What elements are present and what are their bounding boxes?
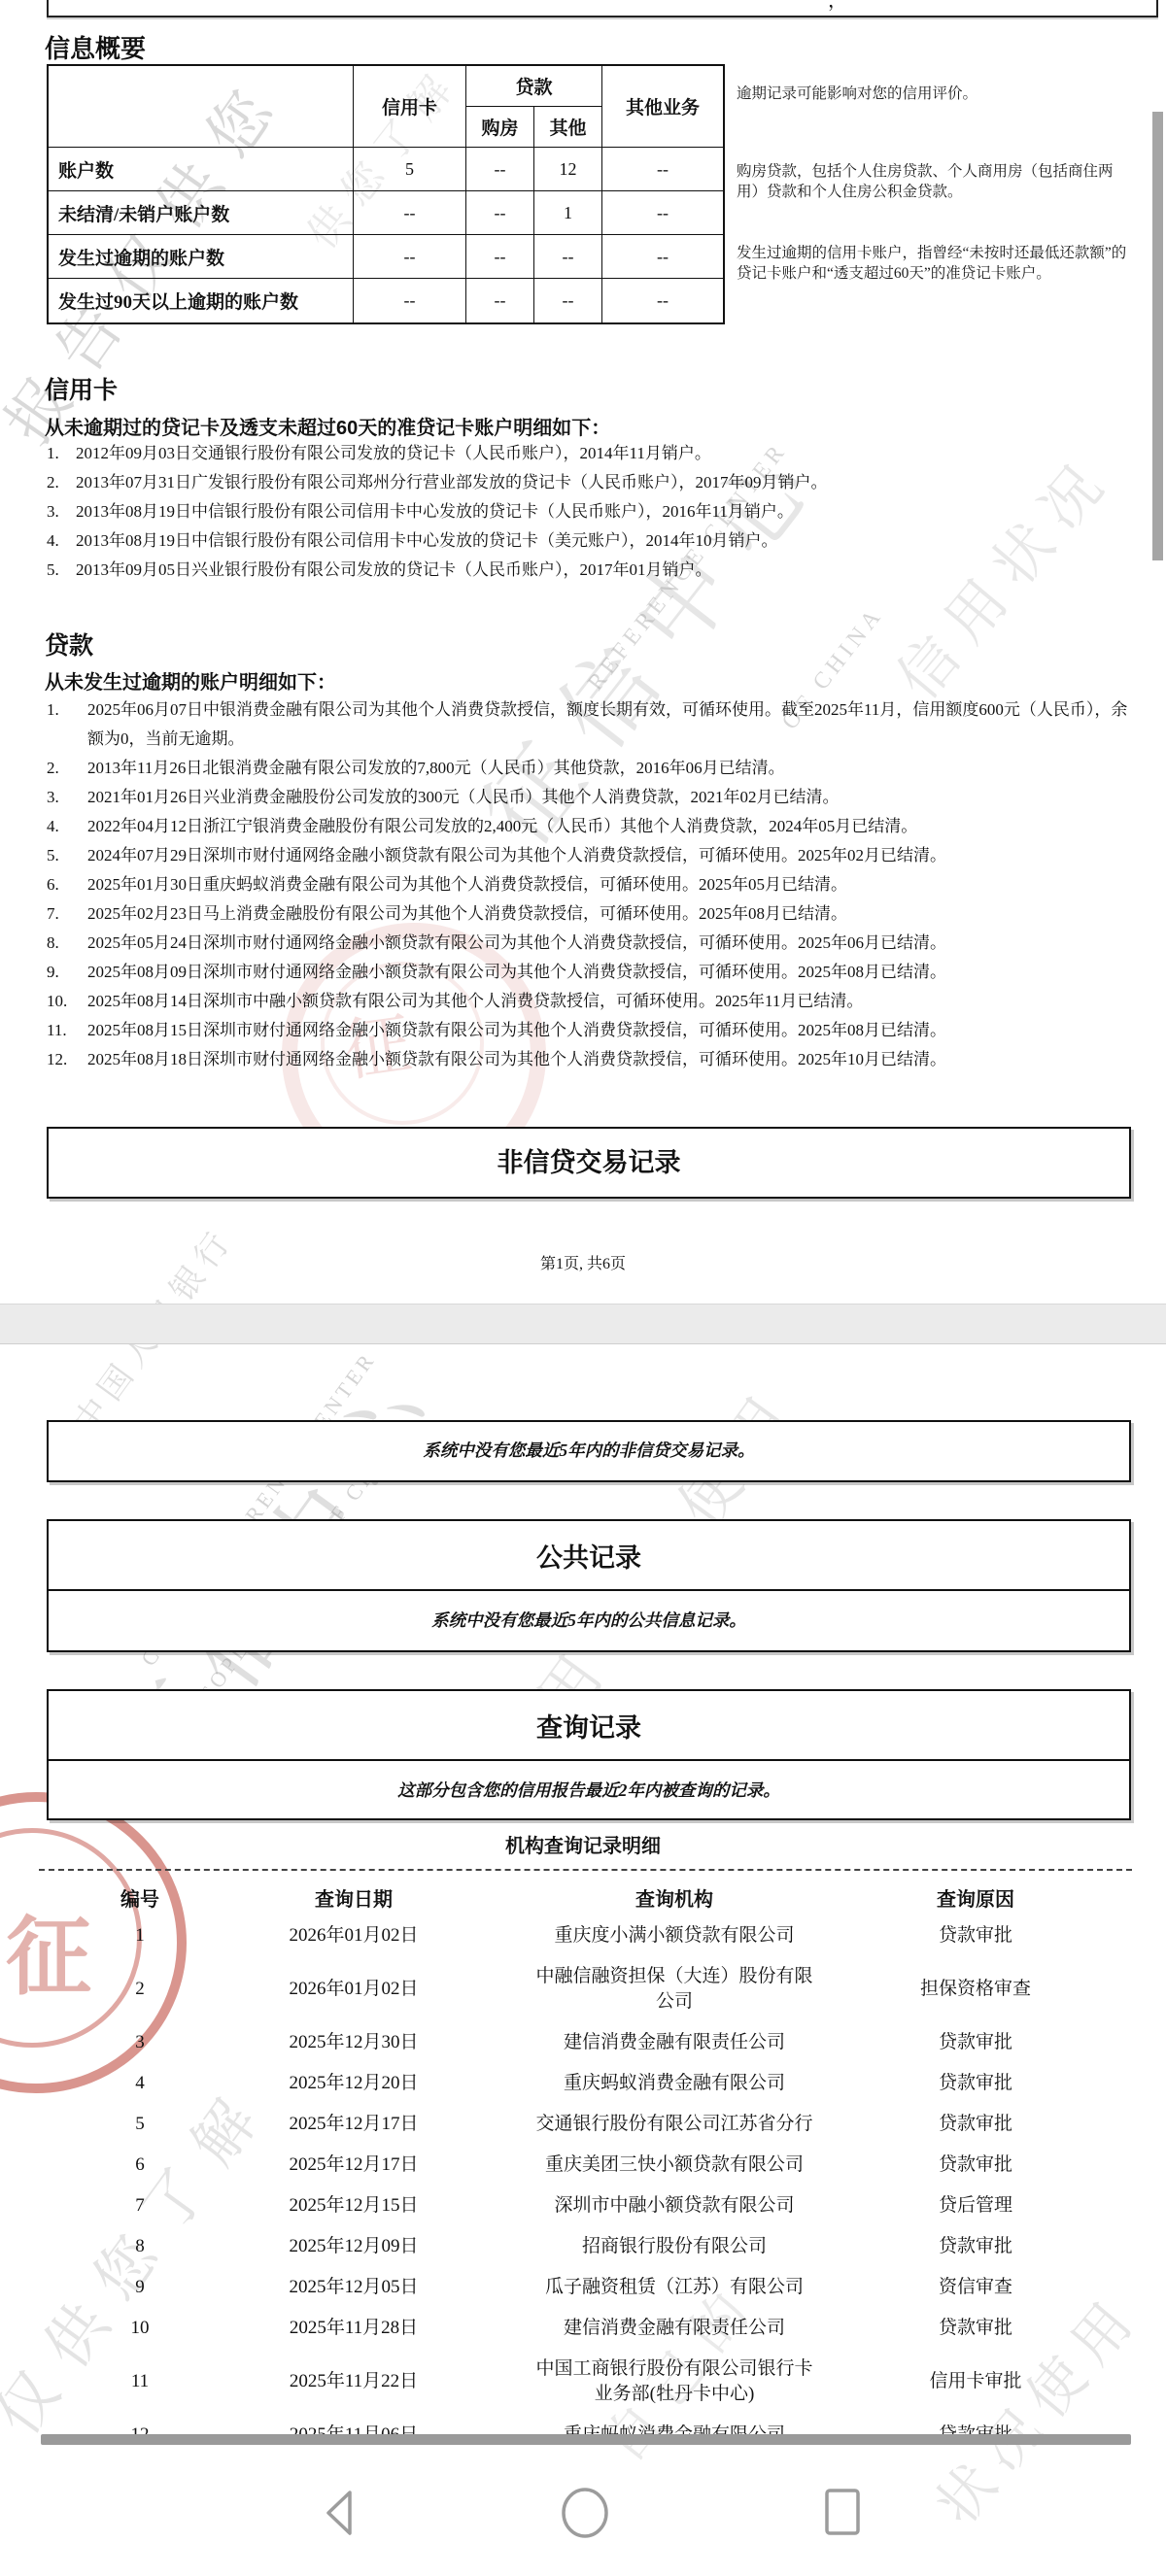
item-text: 2024年07月29日深圳市财付通网络金融小额贷款有限公司为其他个人消费贷款授信… [87, 841, 1140, 870]
loan-list: 1.2025年06月07日中银消费金融有限公司为其他个人消费贷款授信，额度长期有… [47, 695, 1140, 1074]
cell-org: 招商银行股份有限公司 [499, 2234, 849, 2259]
col-header-org: 查询机构 [499, 1883, 849, 1912]
item-number: 5. [47, 841, 87, 870]
non-credit-empty-notice: 系统中没有您最近5年内的非信贷交易记录。 [49, 1422, 1129, 1478]
item-number: 9. [47, 958, 87, 987]
summary-cell: -- [602, 191, 723, 235]
summary-cell: -- [534, 235, 602, 279]
cell-date: 2025年12月15日 [208, 2193, 499, 2219]
non-credit-title: 非信贷交易记录 [49, 1129, 1129, 1197]
back-icon [321, 2489, 358, 2537]
summary-cell: -- [602, 235, 723, 279]
public-records-empty-notice: 系统中没有您最近5年内的公共信息记录。 [49, 1608, 1129, 1632]
cell-reason: 信用卡审批 [849, 2369, 1102, 2394]
item-text: 2025年08月09日深圳市财付通网络金融小额贷款有限公司为其他个人消费贷款授信… [87, 958, 1140, 987]
summary-row-label: 发生过逾期的账户数 [49, 235, 354, 279]
cell-no: 5 [72, 2112, 208, 2137]
item-text: 2025年01月30日重庆蚂蚁消费金融有限公司为其他个人消费贷款授信，可循环使用… [87, 870, 1140, 899]
cell-reason: 贷款审批 [849, 2112, 1102, 2137]
loan-item: 1.2025年06月07日中银消费金融有限公司为其他个人消费贷款授信，额度长期有… [47, 695, 1140, 754]
cell-reason: 贷款审批 [849, 2234, 1102, 2259]
loan-item: 6.2025年01月30日重庆蚂蚁消费金融有限公司为其他个人消费贷款授信，可循环… [47, 870, 1140, 899]
cell-date: 2026年01月02日 [208, 1977, 499, 2002]
loans-subheading: 从未发生过逾期的账户明细如下： [45, 666, 336, 695]
credit-card-item: 1.2012年09月03日交通银行股份有限公司发放的贷记卡（人民币账户），201… [47, 439, 1145, 468]
item-text: 2013年07月31日广发银行股份有限公司郑州分行营业部发放的贷记卡（人民币账户… [76, 468, 828, 497]
cell-date: 2025年12月05日 [208, 2275, 499, 2300]
cell-reason: 贷款审批 [849, 2152, 1102, 2178]
col-header-date: 查询日期 [208, 1883, 499, 1912]
item-number: 5. [47, 556, 76, 585]
summary-table: 信用卡 贷款 其他业务 购房 其他 账户数 5 -- 12 -- 未结清/未销户… [47, 64, 725, 324]
item-number: 6. [47, 870, 87, 899]
page-break-band [0, 1304, 1166, 1344]
summary-cell: -- [466, 235, 534, 279]
query-table-row: 3 2025年12月30日 建信消费金融有限责任公司 贷款审批 [47, 2022, 1127, 2063]
item-text: 2025年05月24日深圳市财付通网络金融小额贷款有限公司为其他个人消费贷款授信… [87, 929, 1140, 958]
col-header-reason: 查询原因 [849, 1883, 1102, 1912]
recents-icon [822, 2487, 863, 2537]
summary-col-loan-house: 购房 [466, 107, 534, 148]
query-table-row: 8 2025年12月09日 招商银行股份有限公司 贷款审批 [47, 2226, 1127, 2267]
item-number: 10. [47, 987, 87, 1016]
credit-card-item: 4.2013年08月19日中信银行股份有限公司信用卡中心发放的贷记卡（美元账户）… [47, 526, 1145, 556]
query-table-row: 7 2025年12月15日 深圳市中融小额贷款有限公司 贷后管理 [47, 2186, 1127, 2226]
cell-date: 2025年11月28日 [208, 2316, 499, 2341]
item-number: 3. [47, 783, 87, 812]
cell-org: 交通银行股份有限公司江苏省分行 [499, 2112, 849, 2137]
credit-card-list: 1.2012年09月03日交通银行股份有限公司发放的贷记卡（人民币账户），201… [47, 439, 1145, 585]
item-number: 8. [47, 929, 87, 958]
summary-row-label: 账户数 [49, 148, 354, 191]
cell-reason: 资信审查 [849, 2275, 1102, 2300]
cell-reason: 贷款审批 [849, 1923, 1102, 1949]
nav-home-button[interactable] [560, 2487, 610, 2544]
credit-card-item: 3.2013年08月19日中信银行股份有限公司信用卡中心发放的贷记卡（人民币账户… [47, 497, 1145, 526]
item-text: 2025年02月23日马上消费金融股份有限公司为其他个人消费贷款授信，可循环使用… [87, 899, 1140, 929]
cell-reason: 贷后管理 [849, 2193, 1102, 2219]
cell-no: 11 [72, 2369, 208, 2394]
cell-date: 2025年12月20日 [208, 2071, 499, 2096]
query-records-table: 编号 查询日期 查询机构 查询原因 1 2026年01月02日 重庆度小满小额贷… [47, 1879, 1127, 2456]
section-heading-loans: 贷款 [45, 627, 93, 661]
public-records-box: 公共记录 系统中没有您最近5年内的公共信息记录。 [47, 1519, 1131, 1652]
query-records-subtitle: 这部分包含您的信用报告最近2年内被查询的记录。 [49, 1778, 1129, 1802]
cell-date: 2026年01月02日 [208, 1923, 499, 1949]
non-credit-empty-box: 系统中没有您最近5年内的非信贷交易记录。 [47, 1420, 1131, 1482]
cell-no: 8 [72, 2234, 208, 2259]
query-table-row: 9 2025年12月05日 瓜子融资租赁（江苏）有限公司 资信审查 [47, 2267, 1127, 2308]
cell-org: 建信消费金融有限责任公司 [499, 2316, 849, 2341]
cell-date: 2025年12月17日 [208, 2112, 499, 2137]
item-text: 2025年08月14日深圳市中融小额贷款有限公司为其他个人消费贷款授信，可循环使… [87, 987, 1140, 1016]
query-records-box: 查询记录 这部分包含您的信用报告最近2年内被查询的记录。 [47, 1689, 1131, 1820]
summary-note: 逾期记录可能影响对您的信用评价。 [737, 84, 1133, 104]
item-number: 2. [47, 754, 87, 783]
summary-cell: 5 [354, 148, 466, 191]
loan-item: 5.2024年07月29日深圳市财付通网络金融小额贷款有限公司为其他个人消费贷款… [47, 841, 1140, 870]
cell-reason: 贷款审批 [849, 2030, 1102, 2055]
cell-date: 2025年12月30日 [208, 2030, 499, 2055]
summary-cell: 1 [534, 191, 602, 235]
summary-cell: -- [534, 279, 602, 322]
item-number: 7. [47, 899, 87, 929]
cell-reason: 担保资格审查 [849, 1977, 1102, 2002]
item-text: 2013年08月19日中信银行股份有限公司信用卡中心发放的贷记卡（美元账户），2… [76, 526, 778, 556]
summary-cell: -- [466, 279, 534, 322]
summary-cell: -- [602, 279, 723, 322]
item-text: 2025年08月15日深圳市财付通网络金融小额贷款有限公司为其他个人消费贷款授信… [87, 1016, 1140, 1045]
vertical-scrollbar[interactable] [1152, 112, 1163, 560]
loan-item: 9.2025年08月09日深圳市财付通网络金融小额贷款有限公司为其他个人消费贷款… [47, 958, 1140, 987]
loan-item: 4.2022年04月12日浙江宁银消费金融股份有限公司发放的2,400元（人民币… [47, 812, 1140, 841]
summary-cell: -- [354, 279, 466, 322]
query-table-row: 4 2025年12月20日 重庆蚂蚁消费金融有限公司 贷款审批 [47, 2063, 1127, 2104]
item-text: 2013年09月05日兴业银行股份有限公司发放的贷记卡（人民币账户），2017年… [76, 556, 712, 585]
loan-item: 8.2025年05月24日深圳市财付通网络金融小额贷款有限公司为其他个人消费贷款… [47, 929, 1140, 958]
public-records-title: 公共记录 [49, 1537, 1129, 1575]
query-table-row: 6 2025年12月17日 重庆美团三快小额贷款有限公司 贷款审批 [47, 2145, 1127, 2186]
loan-item: 10.2025年08月14日深圳市中融小额贷款有限公司为其他个人消费贷款授信，可… [47, 987, 1140, 1016]
cell-org: 重庆美团三快小额贷款有限公司 [499, 2152, 849, 2178]
loan-item: 11.2025年08月15日深圳市财付通网络金融小额贷款有限公司为其他个人消费贷… [47, 1016, 1140, 1045]
cell-reason: 贷款审批 [849, 2071, 1102, 2096]
item-text: 2021年01月26日兴业消费金融股份公司发放的300元（人民币）其他个人消费贷… [87, 783, 1140, 812]
item-text: 2025年06月07日中银消费金融有限公司为其他个人消费贷款授信，额度长期有效，… [87, 695, 1140, 754]
nav-recents-button[interactable] [822, 2487, 863, 2542]
cell-org: 重庆度小满小额贷款有限公司 [499, 1923, 849, 1949]
col-header-no: 编号 [72, 1883, 208, 1912]
fragment-comma-text: ， [828, 0, 847, 13]
loan-item: 7.2025年02月23日马上消费金融股份有限公司为其他个人消费贷款授信，可循环… [47, 899, 1140, 929]
item-number: 12. [47, 1045, 87, 1074]
query-records-title: 查询记录 [49, 1707, 1129, 1745]
previous-table-fragment [47, 0, 1158, 17]
cell-date: 2025年12月09日 [208, 2234, 499, 2259]
item-number: 4. [47, 812, 87, 841]
cell-no: 9 [72, 2275, 208, 2300]
cell-reason: 贷款审批 [849, 2316, 1102, 2341]
item-text: 2012年09月03日交通银行股份有限公司发放的贷记卡（人民币账户），2014年… [76, 439, 711, 468]
section-heading-credit-card: 信用卡 [45, 371, 118, 406]
query-table-row: 5 2025年12月17日 交通银行股份有限公司江苏省分行 贷款审批 [47, 2104, 1127, 2145]
query-table-row: 10 2025年11月28日 建信消费金融有限责任公司 贷款审批 [47, 2308, 1127, 2349]
summary-cell: -- [466, 148, 534, 191]
non-credit-section-box: 非信贷交易记录 [47, 1127, 1131, 1199]
query-table-row: 2 2026年01月02日 中融信融资担保（大连）股份有限公司 担保资格审查 [47, 1956, 1127, 2022]
summary-note: 发生过逾期的信用卡账户，指曾经“未按时还最低还款额”的贷记卡账户和“透支超过60… [737, 243, 1133, 284]
cell-org: 深圳市中融小额贷款有限公司 [499, 2193, 849, 2219]
cell-no: 10 [72, 2316, 208, 2341]
cell-no: 1 [72, 1923, 208, 1949]
item-number: 1. [47, 439, 76, 468]
nav-back-button[interactable] [321, 2489, 358, 2542]
loan-item: 12.2025年08月18日深圳市财付通网络金融小额贷款有限公司为其他个人消费贷… [47, 1045, 1140, 1074]
item-number: 2. [47, 468, 76, 497]
summary-corner-cell [49, 66, 354, 148]
item-text: 2013年11月26日北银消费金融有限公司发放的7,800元（人民币）其他贷款，… [87, 754, 1140, 783]
query-detail-heading: 机构查询记录明细 [0, 1830, 1166, 1858]
summary-cell: -- [602, 148, 723, 191]
page-number-footer: 第1页, 共6页 [0, 1251, 1166, 1273]
item-number: 4. [47, 526, 76, 556]
summary-cell: 12 [534, 148, 602, 191]
cell-org: 瓜子融资租赁（江苏）有限公司 [499, 2275, 849, 2300]
credit-card-item: 2.2013年07月31日广发银行股份有限公司郑州分行营业部发放的贷记卡（人民币… [47, 468, 1145, 497]
summary-row-label: 未结清/未销户账户数 [49, 191, 354, 235]
summary-cell: -- [354, 191, 466, 235]
cell-no: 3 [72, 2030, 208, 2055]
item-text: 2022年04月12日浙江宁银消费金融股份有限公司发放的2,400元（人民币）其… [87, 812, 1140, 841]
horizontal-scrollbar[interactable] [41, 2434, 1131, 2445]
cell-date: 2025年12月17日 [208, 2152, 499, 2178]
summary-col-credit-card: 信用卡 [354, 66, 466, 148]
section-heading-summary: 信息概要 [45, 29, 146, 65]
cell-no: 2 [72, 1977, 208, 2002]
item-number: 1. [47, 695, 87, 754]
item-number: 3. [47, 497, 76, 526]
cell-no: 6 [72, 2152, 208, 2178]
summary-cell: -- [354, 235, 466, 279]
loan-item: 2.2013年11月26日北银消费金融有限公司发放的7,800元（人民币）其他贷… [47, 754, 1140, 783]
query-table-row: 1 2026年01月02日 重庆度小满小额贷款有限公司 贷款审批 [47, 1915, 1127, 1956]
item-text: 2025年08月18日深圳市财付通网络金融小额贷款有限公司为其他个人消费贷款授信… [87, 1045, 1140, 1074]
loan-item: 3.2021年01月26日兴业消费金融股份公司发放的300元（人民币）其他个人消… [47, 783, 1140, 812]
credit-card-item: 5.2013年09月05日兴业银行股份有限公司发放的贷记卡（人民币账户），201… [47, 556, 1145, 585]
cell-org: 重庆蚂蚁消费金融有限公司 [499, 2071, 849, 2096]
cell-org: 中国工商银行股份有限公司银行卡业务部(牡丹卡中心) [499, 2356, 849, 2407]
home-icon [560, 2487, 610, 2539]
credit-card-subheading: 从未逾期过的贷记卡及透支未超过60天的准贷记卡账户明细如下： [45, 412, 610, 440]
summary-col-other-business: 其他业务 [602, 66, 723, 148]
summary-cell: -- [466, 191, 534, 235]
cell-no: 4 [72, 2071, 208, 2096]
summary-row-label: 发生过90天以上逾期的账户数 [49, 279, 354, 322]
cell-org: 建信消费金融有限责任公司 [499, 2030, 849, 2055]
query-table-row: 11 2025年11月22日 中国工商银行股份有限公司银行卡业务部(牡丹卡中心)… [47, 2349, 1127, 2415]
cell-org: 中融信融资担保（大连）股份有限公司 [499, 1964, 849, 2015]
item-text: 2013年08月19日中信银行股份有限公司信用卡中心发放的贷记卡（人民币账户），… [76, 497, 794, 526]
dashed-divider [39, 1869, 1132, 1871]
item-number: 11. [47, 1016, 87, 1045]
cell-no: 7 [72, 2193, 208, 2219]
cell-date: 2025年11月22日 [208, 2369, 499, 2394]
query-table-header: 编号 查询日期 查询机构 查询原因 [47, 1879, 1127, 1915]
credit-report-page: ， 报告仅供您 供您了解 征信中心 REFERENCE CENTER OF CH… [0, 0, 1166, 2576]
summary-note: 购房贷款，包括个人住房贷款、个人商用房（包括商住两用）贷款和个人住房公积金贷款。 [737, 161, 1133, 202]
summary-col-loan-other: 其他 [534, 107, 602, 148]
summary-col-loan: 贷款 [466, 66, 602, 107]
